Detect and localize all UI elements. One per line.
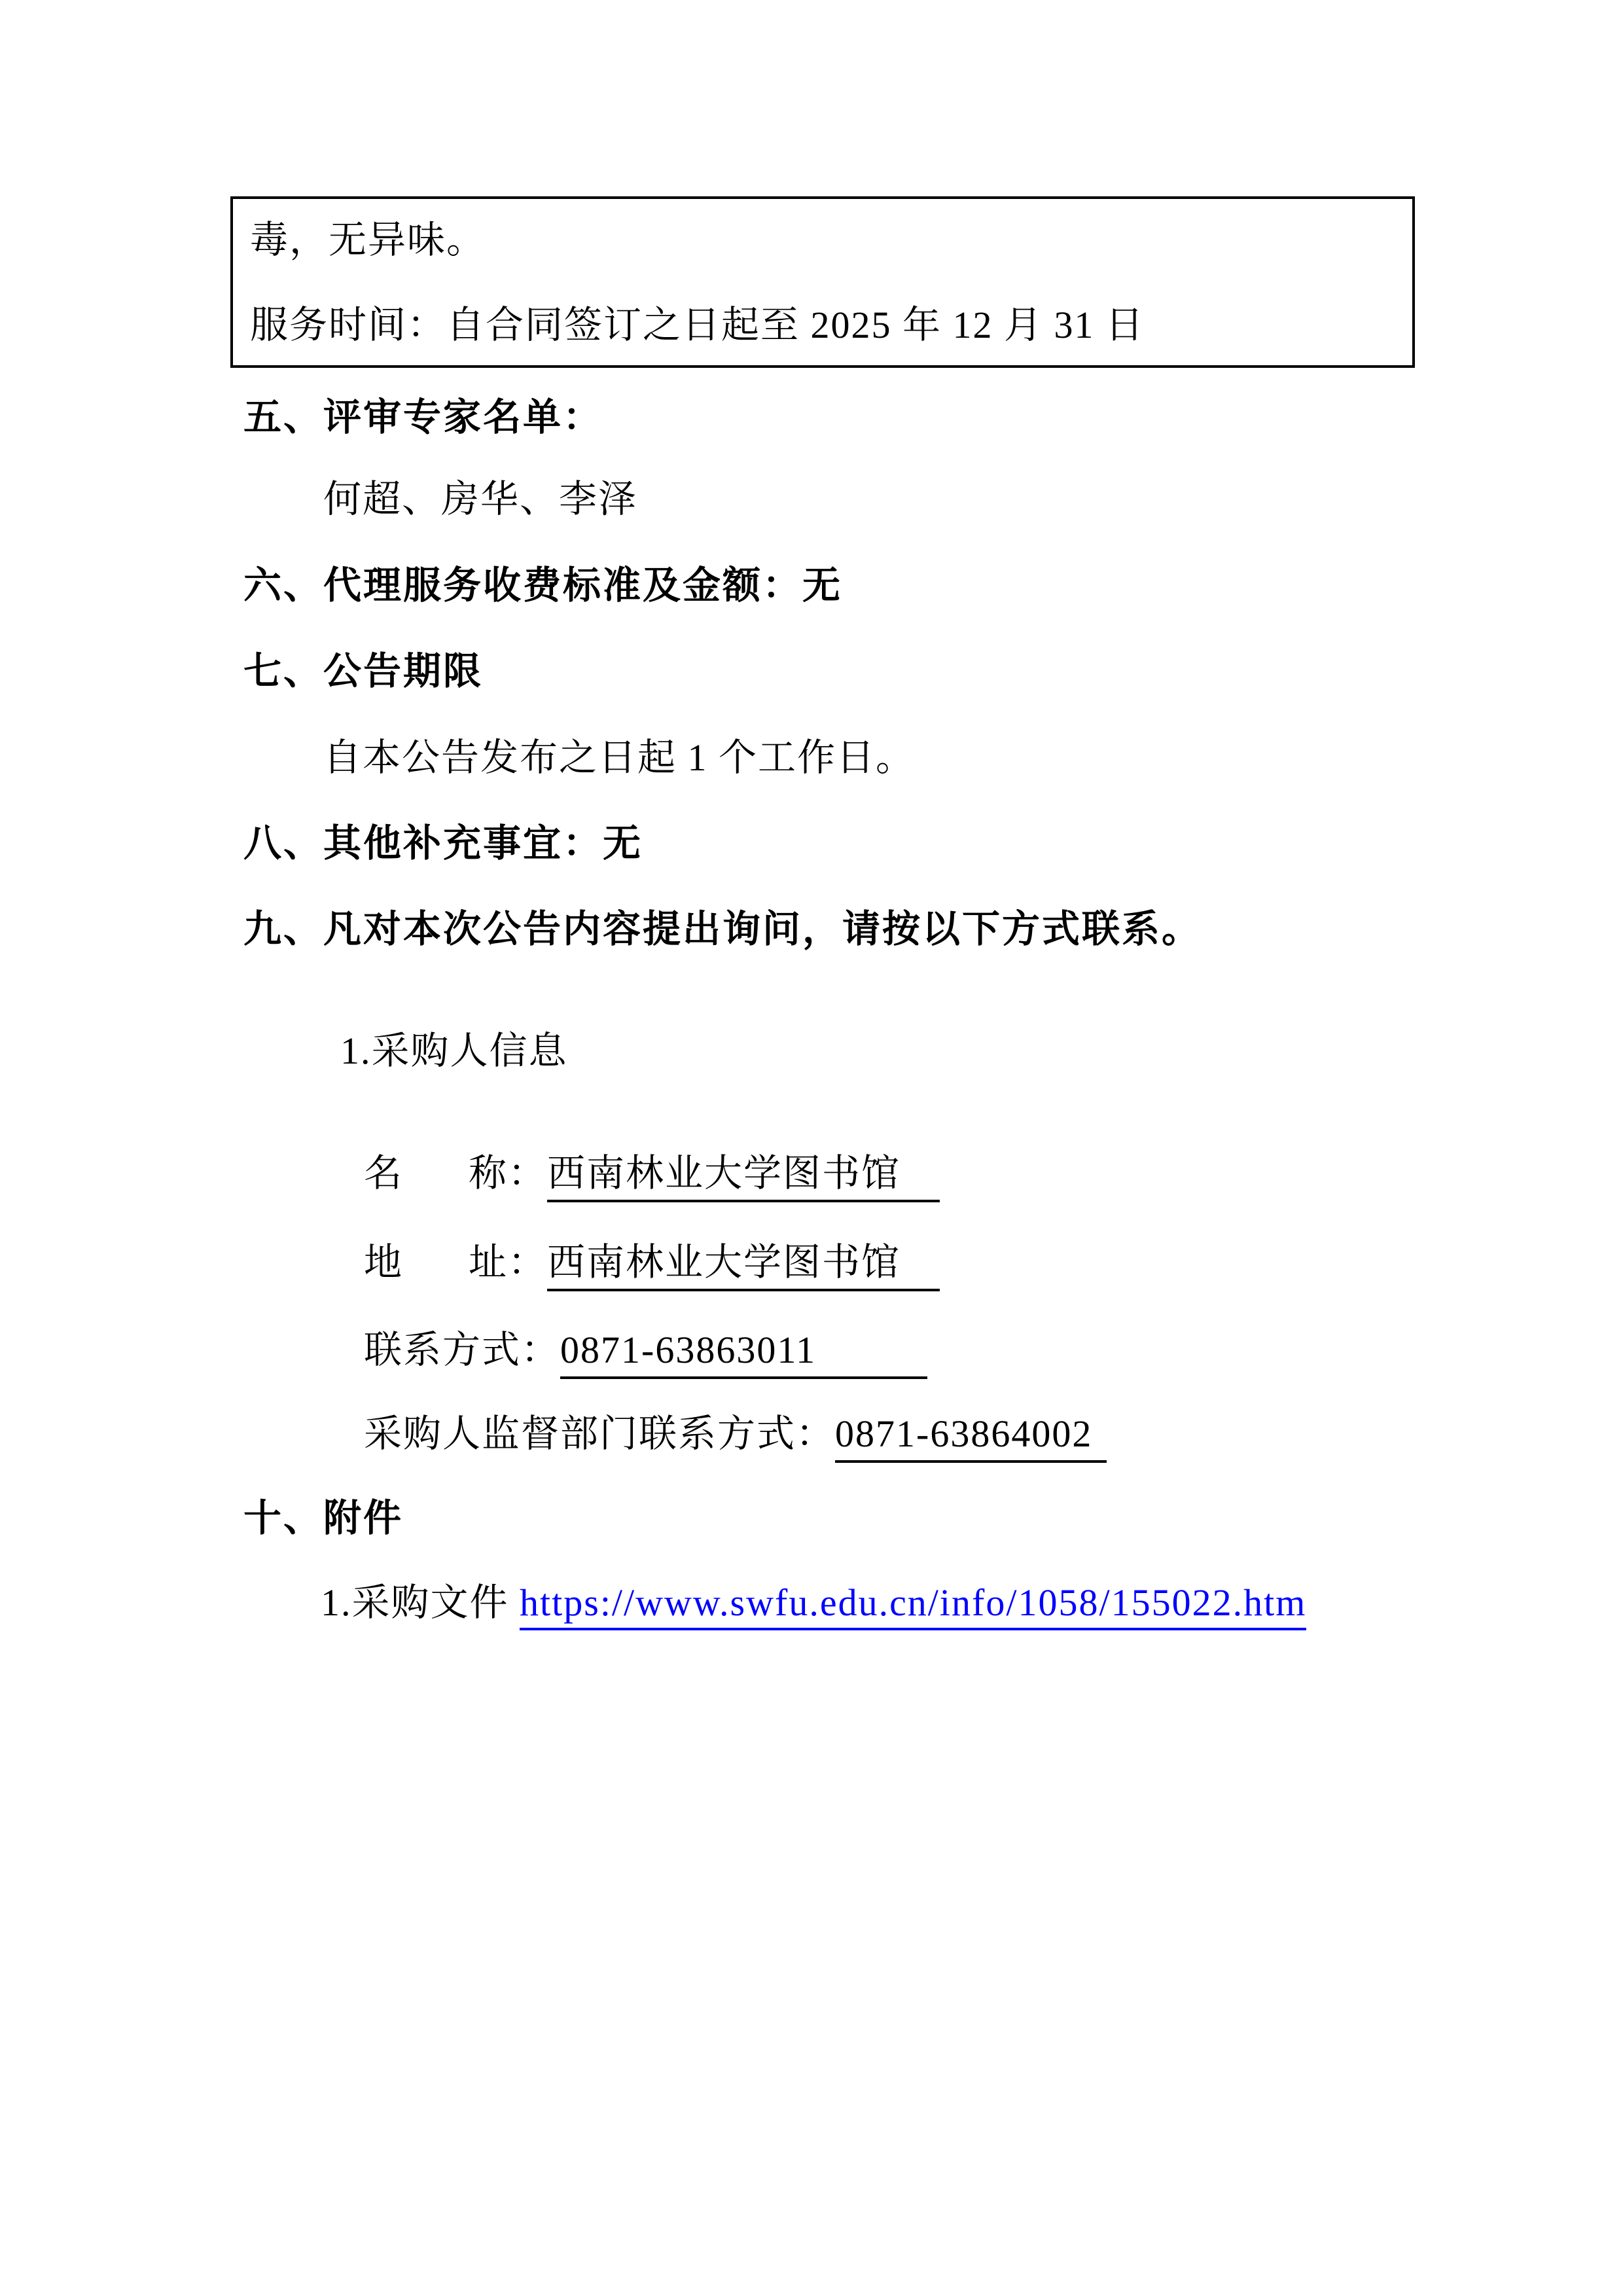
section-5-heading: 五、评审专家名单： [243,395,603,440]
section-7-heading: 七、公告期限 [243,649,483,694]
supervisor-contact-value: 0871-63864002 [835,1412,1107,1463]
document-page: 毒，无异味。 服务时间：自合同签订之日起至 2025 年 12 月 31 日 五… [0,0,1623,2296]
purchaser-address-value: 西南林业大学图书馆 [547,1241,940,1291]
section-7-body: 自本公告发布之日起 1 个工作日。 [323,736,915,780]
section-9-heading: 九、凡对本次公告内容提出询问，请按以下方式联系。 [243,907,1202,952]
section-5-experts: 何超、房华、李泽 [323,478,637,521]
section-6-heading: 六、代理服务收费标准及金额：无 [243,564,842,608]
spec-box-line-1: 毒，无异味。 [250,219,486,262]
spec-box-line-2: 服务时间：自合同签订之日起至 2025 年 12 月 31 日 [250,304,1145,347]
attachment-link[interactable]: https://www.swfu.edu.cn/info/1058/155022… [520,1581,1306,1630]
supervisor-contact-row: 采购人监督部门联系方式：0871-63864002 [364,1412,1107,1456]
purchaser-address-row: 地址：西南林业大学图书馆 [364,1241,940,1284]
purchaser-contact-label: 联系方式： [364,1329,560,1371]
purchaser-address-label-b: 址： [469,1241,547,1283]
purchaser-name-label-a: 名 [364,1152,403,1194]
purchaser-name-row: 名称：西南林业大学图书馆 [364,1152,940,1195]
supervisor-contact-label: 采购人监督部门联系方式： [364,1412,835,1455]
purchaser-contact-value: 0871-63863011 [560,1329,927,1379]
purchaser-name-label-b: 称： [469,1152,547,1194]
attachment-item-label: 1.采购文件 [321,1581,520,1624]
purchaser-name-value: 西南林业大学图书馆 [547,1152,940,1202]
purchaser-contact-row: 联系方式：0871-63863011 [364,1329,927,1372]
service-spec-box: 毒，无异味。 服务时间：自合同签订之日起至 2025 年 12 月 31 日 [230,196,1415,368]
purchaser-info-title: 1.采购人信息 [340,1030,568,1073]
section-10-heading: 十、附件 [243,1496,403,1541]
section-8-heading: 八、其他补充事宜：无 [243,821,643,866]
purchaser-address-label-a: 地 [364,1241,403,1283]
attachment-item: 1.采购文件 https://www.swfu.edu.cn/info/1058… [321,1581,1306,1624]
